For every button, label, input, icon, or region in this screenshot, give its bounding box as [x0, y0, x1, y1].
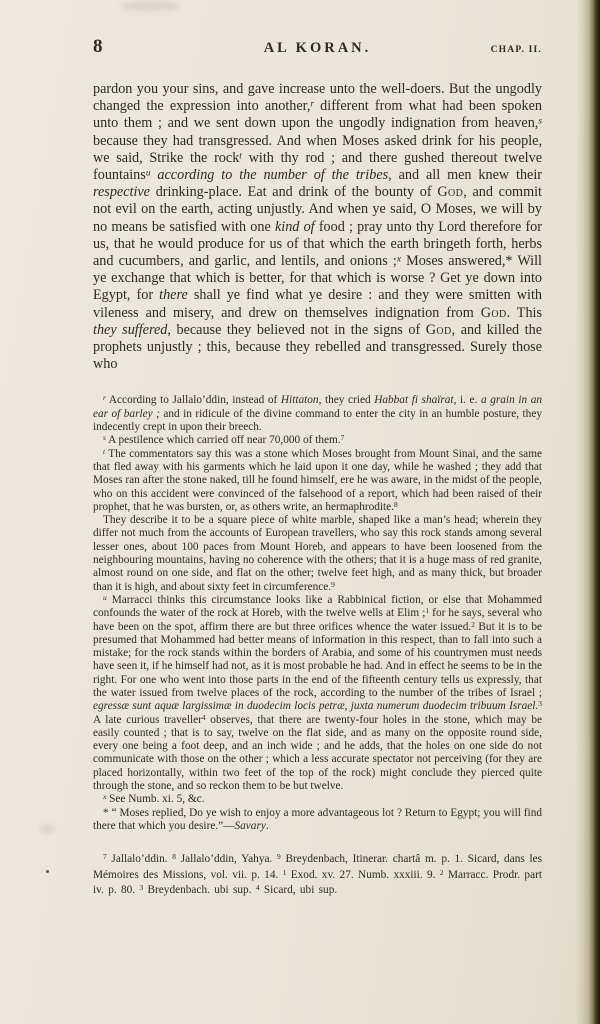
body-paragraph: pardon you your sins, and gave increase …: [93, 81, 542, 373]
text-segment: , and all men knew their: [388, 167, 542, 183]
text-segment: kind of: [275, 219, 315, 235]
footnote-marker: 7: [341, 434, 345, 443]
text-segment: Jallalo’ddin, Yahya.: [176, 853, 277, 865]
text-segment: they suffered: [93, 322, 167, 338]
page-number: 8: [93, 36, 103, 58]
text-segment: According to Jallalo’ddin, instead of: [106, 394, 281, 406]
text-segment: Savary: [234, 820, 265, 832]
footnote: t The commentators say this was a stone …: [93, 448, 542, 514]
text-segment: A pestilence which carried off near 70,0…: [106, 434, 341, 446]
text-segment: according to the number of the tribes: [157, 167, 388, 183]
text-segment: respective: [93, 184, 150, 200]
text-segment: Habbat fi shaïrat: [374, 394, 453, 406]
text-segment: and in ridicule of the divine command to…: [93, 408, 542, 433]
footnote-marker: 9: [331, 580, 335, 589]
text-segment: See Numb. xi. 5, &c.: [106, 793, 204, 805]
reference-line: 7 Jallalo’ddin. 8 Jallalo’ddin, Yahya. 9…: [93, 852, 542, 899]
text-segment: Hittaton: [281, 394, 319, 406]
footnote: x See Numb. xi. 5, &c.: [93, 793, 542, 806]
chapter-label: CHAP. II.: [491, 45, 542, 55]
footnote-marker: 8: [394, 500, 398, 509]
scan-smudge: [120, 2, 180, 10]
text-segment: Exod. xv. 27. Numb. xxxiii. 9.: [286, 869, 439, 881]
text-segment: God: [437, 184, 463, 200]
footnote: r According to Jallalo’ddin, instead of …: [93, 394, 542, 434]
running-title: AL KORAN.: [264, 40, 372, 57]
text-segment: God: [481, 305, 507, 321]
text-segment: drinking-place. Eat and drink of the bou…: [150, 184, 437, 200]
footnote: u Marracci thinks this circumstance look…: [93, 594, 542, 793]
text-segment: Jallalo’ddin.: [107, 853, 173, 865]
text-segment: egressæ sunt aquæ largissimæ in duodecim…: [93, 700, 538, 712]
scan-smudge: [40, 826, 54, 832]
text-segment: there: [159, 287, 188, 303]
footnote: * “ Moses replied, Do ye wish to enjoy a…: [93, 807, 542, 834]
text-segment: Breydenbach. ubi sup.: [143, 884, 256, 896]
footnote-marker: 3: [538, 699, 542, 708]
text-segment: , they cried: [319, 394, 375, 406]
text-segment: God: [426, 322, 452, 338]
book-page-edge-shadow: [576, 0, 600, 1024]
footnote-marker: u: [146, 168, 151, 178]
text-segment: , because they believed not in the signs…: [167, 322, 425, 338]
text-segment: * “ Moses replied, Do ye wish to enjoy a…: [93, 807, 542, 832]
text-segment: Sicard, ubi sup.: [260, 884, 338, 896]
footnote-marker: s: [538, 117, 542, 127]
footnote: s A pestilence which carried off near 70…: [93, 434, 542, 447]
text-segment: .: [266, 820, 269, 832]
footnote: They describe it to be a square piece of…: [93, 514, 542, 594]
footnote-section: r According to Jallalo’ddin, instead of …: [93, 394, 542, 833]
text-segment: They describe it to be a square piece of…: [93, 514, 542, 592]
page-header: 8 AL KORAN. CHAP. II.: [93, 36, 542, 58]
text-segment: The commentators say this was a stone wh…: [93, 448, 542, 513]
text-segment: . This: [507, 305, 542, 321]
text-segment: A late curious traveller: [93, 714, 202, 726]
text-segment: , i. e.: [454, 394, 481, 406]
ink-speck: [46, 870, 49, 873]
book-page: 8 AL KORAN. CHAP. II. pardon you your si…: [93, 36, 542, 899]
